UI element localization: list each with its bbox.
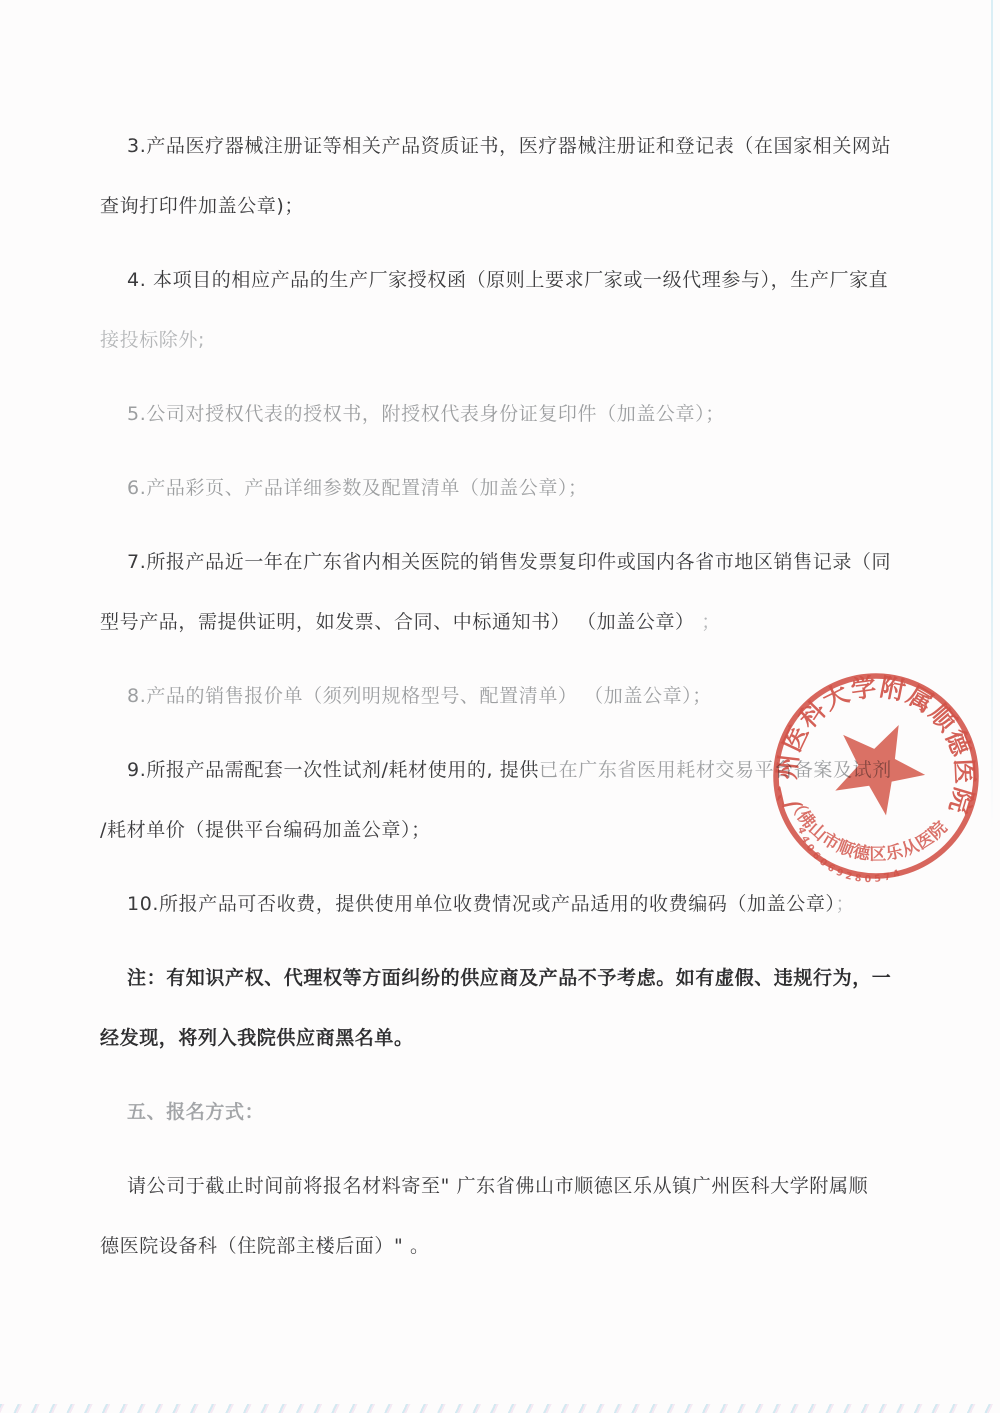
text-segment: 请公司于截止时间前将报名材料寄至" 广东省佛山市顺德区乐从镇广州医科大学附属顺: [127, 1175, 868, 1197]
item-7: 7.所报产品近一年在广东省内相关医院的销售发票复印件或国内各省市地区销售记录（同…: [100, 532, 930, 652]
text-segment: 查询打印件加盖公章)；: [100, 195, 304, 217]
document-text-body: 3.产品医疗器械注册证等相关产品资质证书，医疗器械注册证和登记表（在国家相关网站…: [100, 116, 930, 1276]
item-5: 5.公司对授权代表的授权书，附授权代表身份证复印件（加盖公章）；: [100, 384, 930, 444]
text-segment: ；: [695, 611, 721, 633]
item-3: 3.产品医疗器械注册证等相关产品资质证书，医疗器械注册证和登记表（在国家相关网站…: [100, 116, 930, 236]
text-segment: 10.所报产品可否收费，提供使用单位收费情况或产品适用的收费编码（加盖公章）: [127, 893, 836, 915]
text-segment: 6.产品彩页、产品详细参数及配置清单（加盖公章）；: [127, 477, 588, 499]
text-segment: 9.所报产品需配套一次性试剂/耗材使用的, 提供: [127, 759, 539, 781]
text-segment: /耗材单价（提供平台编码加盖公章）；: [100, 819, 431, 841]
item-6: 6.产品彩页、产品详细参数及配置清单（加盖公章）；: [100, 458, 930, 518]
text-segment: ；: [836, 893, 856, 915]
text-line: 型号产品，需提供证明，如发票、合同、中标通知书） （加盖公章） ；: [100, 592, 930, 652]
document-page: 3.产品医疗器械注册证等相关产品资质证书，医疗器械注册证和登记表（在国家相关网站…: [0, 0, 1000, 1413]
item-8: 8.产品的销售报价单（须列明规格型号、配置清单） （加盖公章）；: [100, 666, 930, 726]
text-segment: 接投标除外;: [100, 329, 205, 351]
mailing-address: 请公司于截止时间前将报名材料寄至" 广东省佛山市顺德区乐从镇广州医科大学附属顺德…: [100, 1156, 930, 1276]
text-segment: 7.所报产品近一年在广东省内相关医院的销售发票复印件或国内各省市地区销售记录（同: [127, 551, 891, 573]
text-line: 德医院设备科（住院部主楼后面）" 。: [100, 1216, 930, 1276]
text-segment: 五、报名方式：: [127, 1101, 264, 1123]
text-line: 查询打印件加盖公章)；: [100, 176, 930, 236]
text-line: 8.产品的销售报价单（须列明规格型号、配置清单） （加盖公章）；: [100, 666, 930, 726]
item-10: 10.所报产品可否收费，提供使用单位收费情况或产品适用的收费编码（加盖公章）；: [100, 874, 930, 934]
text-segment: 4. 本项目的相应产品的生产厂家授权函（原则上要求厂家或一级代理参与），生产厂家…: [127, 269, 888, 291]
text-segment: 8.产品的销售报价单（须列明规格型号、配置清单） （加盖公章）；: [127, 685, 712, 707]
text-line: 3.产品医疗器械注册证等相关产品资质证书，医疗器械注册证和登记表（在国家相关网站: [100, 116, 930, 176]
text-line: 经发现，将列入我院供应商黑名单。: [100, 1008, 930, 1068]
text-line: 9.所报产品需配套一次性试剂/耗材使用的, 提供已在广东省医用耗材交易平台备案及…: [100, 740, 930, 800]
text-line: 10.所报产品可否收费，提供使用单位收费情况或产品适用的收费编码（加盖公章）；: [100, 874, 930, 934]
section-5-heading: 五、报名方式：: [100, 1082, 930, 1142]
text-segment: 已在广东省医用耗材交易平台备案及试剂: [539, 759, 892, 781]
text-segment: 德医院设备科（住院部主楼后面）" 。: [100, 1235, 430, 1257]
text-line: 请公司于截止时间前将报名材料寄至" 广东省佛山市顺德区乐从镇广州医科大学附属顺: [100, 1156, 930, 1216]
text-line: 接投标除外;: [100, 310, 930, 370]
text-line: /耗材单价（提供平台编码加盖公章）；: [100, 800, 930, 860]
text-line: 7.所报产品近一年在广东省内相关医院的销售发票复印件或国内各省市地区销售记录（同: [100, 532, 930, 592]
text-line: 4. 本项目的相应产品的生产厂家授权函（原则上要求厂家或一级代理参与），生产厂家…: [100, 250, 930, 310]
text-segment: 经发现，将列入我院供应商黑名单。: [100, 1027, 414, 1049]
item-4: 4. 本项目的相应产品的生产厂家授权函（原则上要求厂家或一级代理参与），生产厂家…: [100, 250, 930, 370]
text-segment: 3.产品医疗器械注册证等相关产品资质证书，医疗器械注册证和登记表（在国家相关网站: [127, 135, 891, 157]
text-segment: 型号产品，需提供证明，如发票、合同、中标通知书） （加盖公章）: [100, 611, 695, 633]
text-segment: 注：有知识产权、代理权等方面纠纷的供应商及产品不予考虑。如有虚假、违规行为，一: [127, 967, 891, 989]
text-line: 6.产品彩页、产品详细参数及配置清单（加盖公章）；: [100, 458, 930, 518]
text-line: 注：有知识产权、代理权等方面纠纷的供应商及产品不予考虑。如有虚假、违规行为，一: [100, 948, 930, 1008]
item-9: 9.所报产品需配套一次性试剂/耗材使用的, 提供已在广东省医用耗材交易平台备案及…: [100, 740, 930, 860]
text-segment: 5.公司对授权代表的授权书，附授权代表身份证复印件（加盖公章）；: [127, 403, 725, 425]
text-line: 5.公司对授权代表的授权书，附授权代表身份证复印件（加盖公章）；: [100, 384, 930, 444]
scan-edge-line: [991, 0, 993, 830]
note: 注：有知识产权、代理权等方面纠纷的供应商及产品不予考虑。如有虚假、违规行为，一经…: [100, 948, 930, 1068]
text-line: 五、报名方式：: [100, 1082, 930, 1142]
perforation-pattern: [0, 1404, 1000, 1413]
